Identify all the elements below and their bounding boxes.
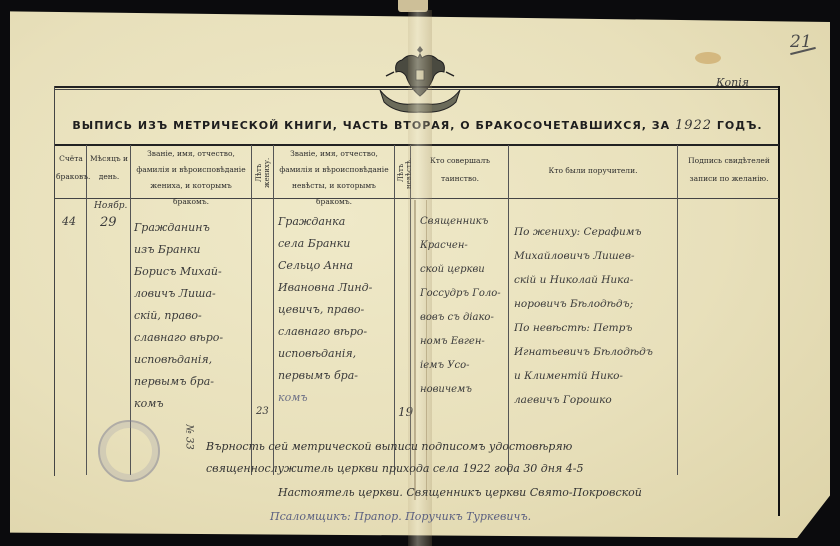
groom-age: 23 bbox=[256, 396, 269, 428]
title-year: 1922 bbox=[675, 118, 712, 133]
bride-entry: Гражданка села Бранки Сельцо Анна Иванов… bbox=[278, 206, 396, 414]
paper-stain bbox=[695, 52, 721, 64]
officiant-line: новичемъ bbox=[420, 374, 510, 406]
sponsors-line: лаевичъ Горошко bbox=[514, 384, 680, 416]
certification-line: Псаломщикъ: Прапор. Поручикъ Туркевичъ. bbox=[270, 510, 531, 523]
header-sponsors: Кто были поручители. bbox=[510, 162, 676, 180]
header-groom: Званіе, имя, отчество, фамилія и вѣроисп… bbox=[133, 146, 249, 210]
col-rule bbox=[273, 145, 274, 475]
officiant-entry: Священникъ Красчен- ской церкви Госсудръ… bbox=[420, 206, 510, 406]
header-bride: Званіе, имя, отчество, фамилія и вѣроисп… bbox=[276, 146, 392, 210]
header-groom-age: Лѣтъ жениху. bbox=[255, 150, 271, 196]
title-suffix: ГОДЪ. bbox=[717, 119, 763, 132]
parish-seal-icon bbox=[98, 420, 160, 482]
record-month: Ноябр. bbox=[94, 200, 127, 212]
record-number: 44 bbox=[62, 206, 76, 238]
certification-line: Върность сей метрической выписи подписом… bbox=[206, 440, 572, 453]
groom-entry: Гражданинъ изъ Бранки Борисъ Михай- лови… bbox=[134, 212, 252, 420]
header-record-no: Счёта браковъ. bbox=[56, 150, 86, 186]
margin-number: № 33 bbox=[182, 424, 196, 449]
record-day: 29 bbox=[100, 216, 117, 230]
title-prefix: ВЫПИСЬ ИЗЪ МЕТРИЧЕСКОЙ КНИГИ, ЧАСТЬ ВТОР… bbox=[72, 119, 670, 132]
col-rule bbox=[86, 145, 87, 475]
certification-line: Настоятель церкви. Священникъ церкви Свя… bbox=[278, 486, 642, 499]
certification-line: священнослужитель церкви прихода села 19… bbox=[206, 462, 584, 475]
table-frame-right bbox=[778, 86, 780, 516]
header-month-day: Мѣсяцъ и день. bbox=[88, 150, 130, 186]
sponsors-entry: По жениху: Серафимъ Михайловичъ Лишев- с… bbox=[514, 216, 680, 416]
header-signatures: Подпись свидѣтелей записи по желанію. bbox=[680, 152, 778, 188]
